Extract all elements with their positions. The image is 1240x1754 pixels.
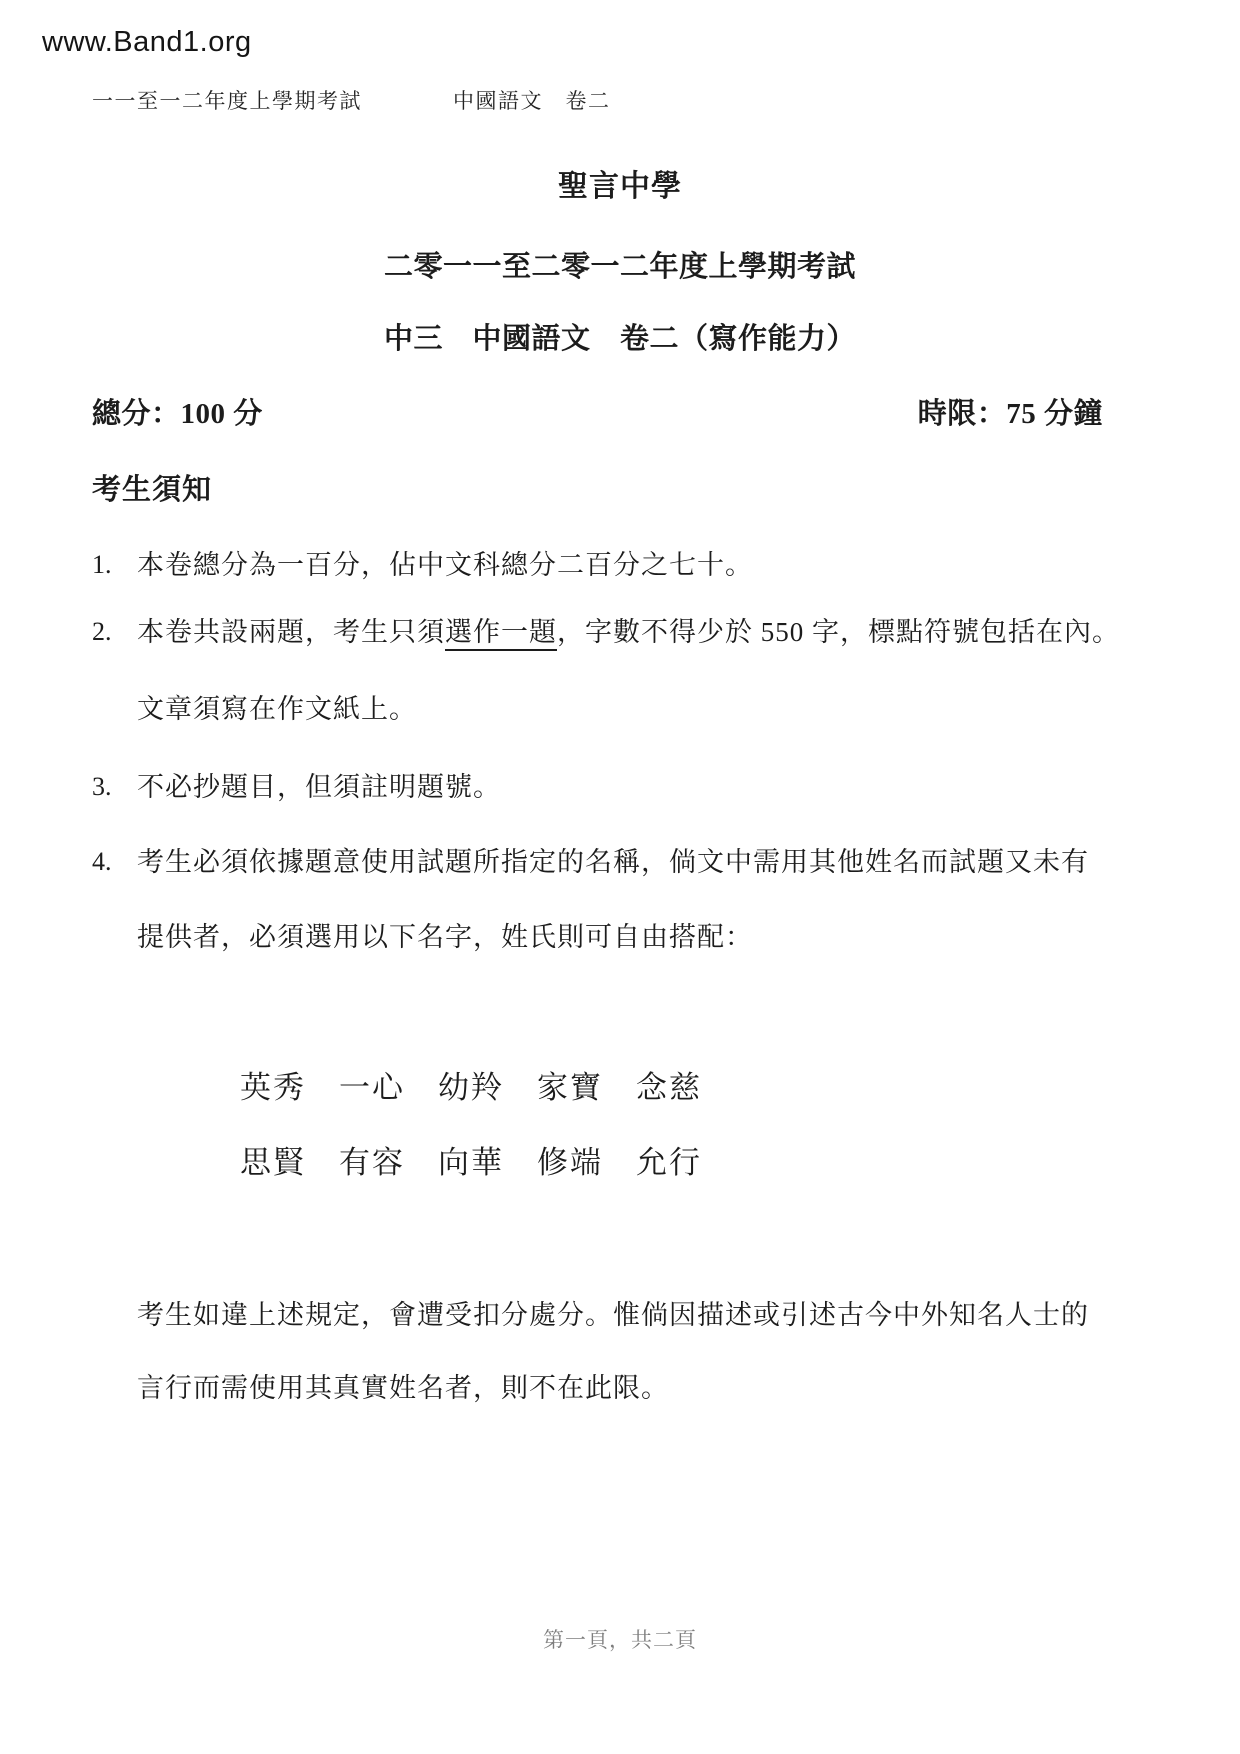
exam-year-title: 二零一一至二零一二年度上學期考試 [0,249,1240,285]
disclaimer-line-1: 考生如違上述規定，會遭受扣分處分。惟倘因描述或引述古今中外知名人士的 [137,1299,1089,1333]
note2-text-line1: 本卷共設兩題，考生只須選作一題，字數不得少於 550 字，標點符號包括在內。 [137,616,1120,650]
name-options-row-1: 英秀 一心 幼羚 家寶 念慈 [240,1069,702,1108]
note2-text-line2: 文章須寫在作文紙上。 [137,693,417,727]
note4-text-line1: 考生必須依據題意使用試題所指定的名稱，倘文中需用其他姓名而試題又未有 [137,846,1089,880]
note1-number: 1. [92,549,112,582]
note3-text: 不必抄題目，但須註明題號。 [137,771,501,805]
school-title: 聖言中學 [0,168,1240,206]
note4-number: 4. [92,846,112,879]
note1-text: 本卷總分為一百分，佔中文科總分二百分之七十。 [137,549,753,583]
running-header-right: 中國語文 卷二 [453,88,611,114]
note4-text-line2: 提供者，必須選用以下名字，姓氏則可自由搭配： [137,921,753,955]
time-limit: 時限：75 分鐘 [918,396,1103,432]
page-footer: 第一頁，共二頁 [0,1627,1240,1653]
watermark-text: www.Band1.org [42,24,252,60]
note2-number: 2. [92,616,112,649]
name-options-row-2: 思賢 有容 向華 修端 允行 [240,1144,702,1183]
note3-number: 3. [92,771,112,804]
notes-heading: 考生須知 [92,472,212,508]
paper-title: 中三 中國語文 卷二（寫作能力） [0,321,1240,357]
note2-text-post: ，字數不得少於 550 字，標點符號包括在內。 [557,617,1120,647]
exam-paper-page: www.Band1.org 一一至一二年度上學期考試 中國語文 卷二 聖言中學 … [0,0,1240,1754]
disclaimer-line-2: 言行而需使用其真實姓名者，則不在此限。 [137,1372,669,1406]
running-header-left: 一一至一二年度上學期考試 [92,88,362,114]
total-marks: 總分：100 分 [92,396,263,432]
note2-text-pre: 本卷共設兩題，考生只須 [137,617,445,647]
meta-row: 總分：100 分 時限：75 分鐘 [92,396,1103,432]
note2-underlined-phrase: 選作一題 [445,617,557,651]
